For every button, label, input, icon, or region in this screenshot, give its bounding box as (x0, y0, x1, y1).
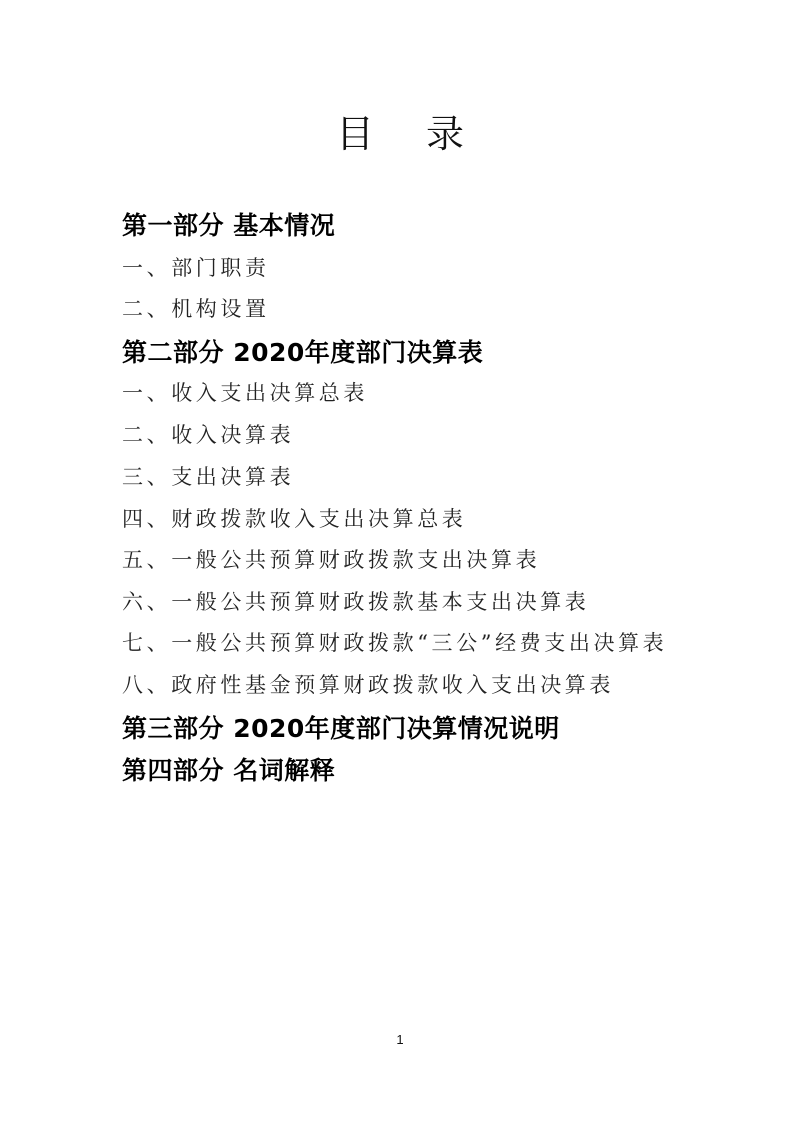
toc-item-government-fund-budget[interactable]: 八、政府性基金预算财政拨款收入支出决算表 (122, 669, 614, 699)
toc-item-organization[interactable]: 二、机构设置 (122, 293, 270, 323)
toc-item-fiscal-appropriation-summary[interactable]: 四、财政拨款收入支出决算总表 (122, 503, 466, 533)
toc-item-three-public-expenses[interactable]: 七、一般公共预算财政拨款“三公”经费支出决算表 (122, 627, 667, 657)
toc-item-income-table[interactable]: 二、收入决算表 (122, 419, 294, 449)
toc-item-general-budget-basic-expenditure[interactable]: 六、一般公共预算财政拨款基本支出决算表 (122, 586, 589, 616)
toc-part-3[interactable]: 第三部分 2020年度部门决算情况说明 (122, 709, 560, 745)
toc-part-2[interactable]: 第二部分 2020年度部门决算表 (122, 333, 483, 369)
toc-part-4[interactable]: 第四部分 名词解释 (122, 751, 335, 787)
toc-item-income-expenditure-summary[interactable]: 一、收入支出决算总表 (122, 377, 368, 407)
toc-part-1[interactable]: 第一部分 基本情况 (122, 206, 335, 242)
page-number: 1 (0, 1032, 800, 1047)
page-title: 目 录 (0, 103, 800, 158)
toc-item-departmental-duties[interactable]: 一、部门职责 (122, 252, 270, 282)
toc-item-expenditure-table[interactable]: 三、支出决算表 (122, 461, 294, 491)
toc-item-general-budget-expenditure[interactable]: 五、一般公共预算财政拨款支出决算表 (122, 544, 540, 574)
